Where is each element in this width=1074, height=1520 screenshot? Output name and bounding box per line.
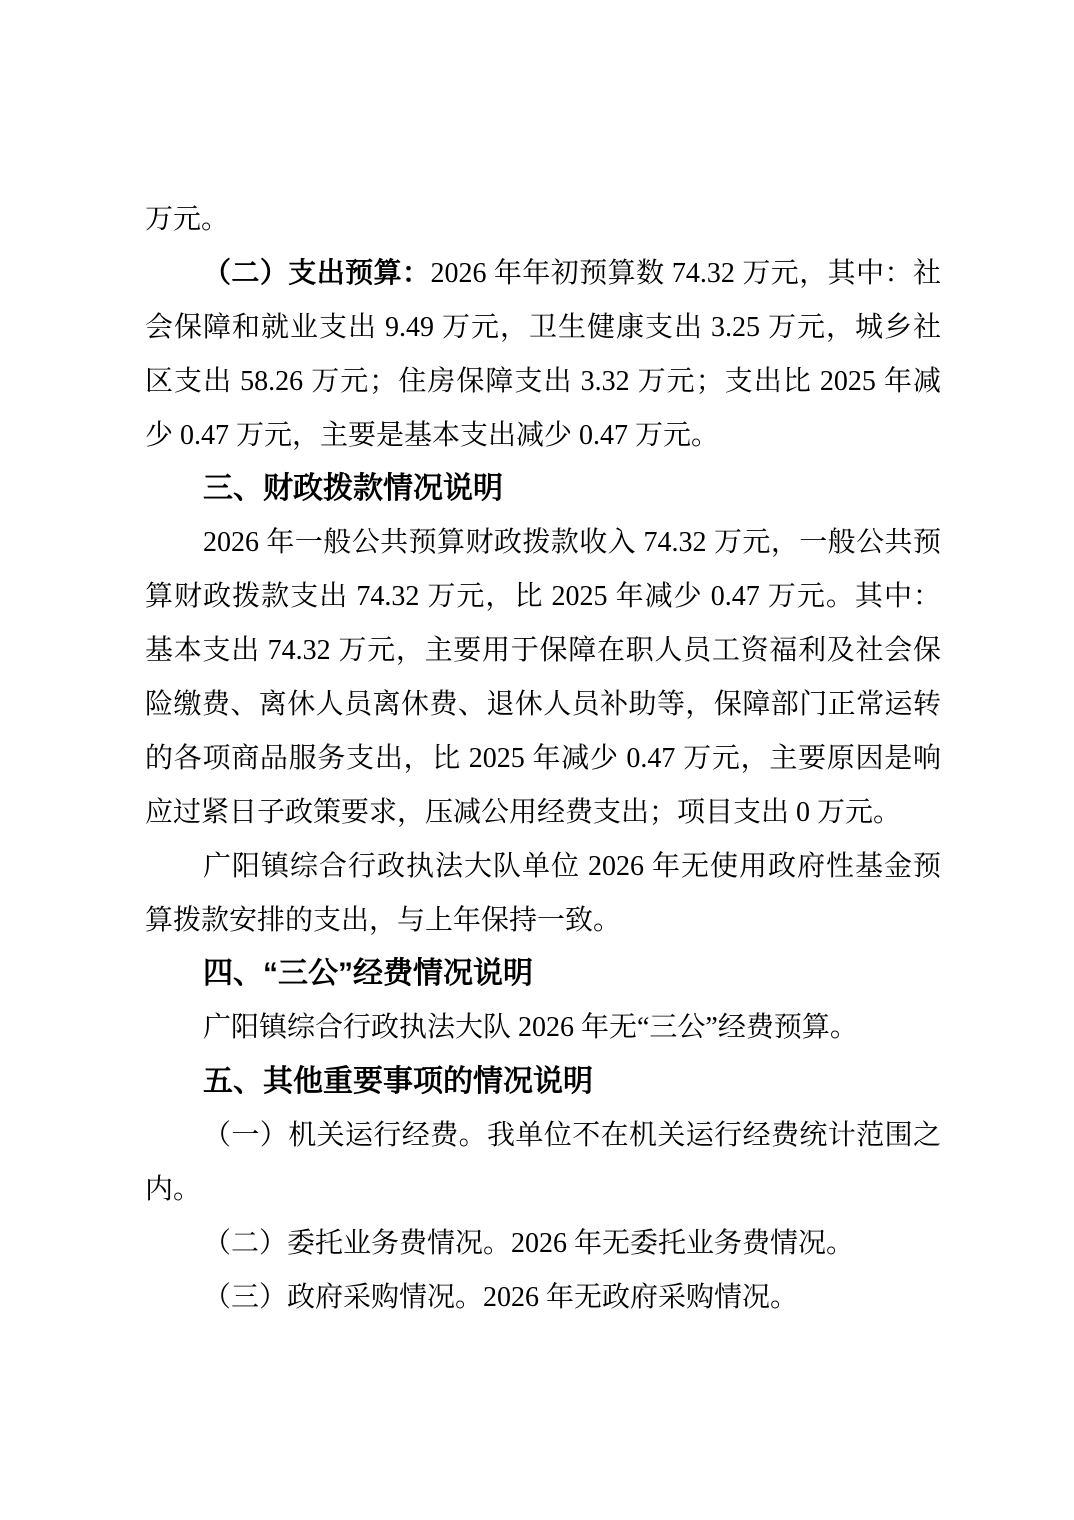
document-page: 万元。 （二）支出预算：2026 年年初预算数 74.32 万元，其中：社 会保… (0, 0, 1074, 1520)
heading-section-3-fiscal-appropriation: 三、财政拨款情况说明 (145, 462, 941, 516)
body-line: 算拨款安排的支出，与上年保持一致。 (145, 894, 941, 948)
body-line: 险缴费、离休人员离休费、退休人员补助等，保障部门正常运转 (145, 678, 941, 732)
body-line: 少 0.47 万元，主要是基本支出减少 0.47 万元。 (145, 409, 941, 463)
body-line: 应过紧日子政策要求，压减公用经费支出；项目支出 0 万元。 (145, 786, 941, 840)
body-line: 区支出 58.26 万元；住房保障支出 3.32 万元；支出比 2025 年减 (145, 355, 941, 409)
body-line: （二）委托业务费情况。2026 年无委托业务费情况。 (145, 1217, 941, 1271)
body-line: 内。 (145, 1163, 941, 1217)
body-line: 的各项商品服务支出，比 2025 年减少 0.47 万元，主要原因是响 (145, 732, 941, 786)
body-line-text: 2026 年年初预算数 74.32 万元，其中：社 (430, 258, 941, 289)
body-line: （三）政府采购情况。2026 年无政府采购情况。 (145, 1271, 941, 1325)
body-line: 广阳镇综合行政执法大队 2026 年无“三公”经费预算。 (145, 1001, 941, 1055)
body-line: 基本支出 74.32 万元，主要用于保障在职人员工资福利及社会保 (145, 624, 941, 678)
body-line: （一）机关运行经费。我单位不在机关运行经费统计范围之 (145, 1109, 941, 1163)
document-body: 万元。 （二）支出预算：2026 年年初预算数 74.32 万元，其中：社 会保… (145, 193, 941, 1325)
heading-section-4-three-public-expenses: 四、“三公”经费情况说明 (145, 947, 941, 1001)
body-line: 广阳镇综合行政执法大队单位 2026 年无使用政府性基金预 (145, 840, 941, 894)
heading-section-5-other-important-matters: 五、其他重要事项的情况说明 (145, 1055, 941, 1109)
body-line: 算财政拨款支出 74.32 万元，比 2025 年减少 0.47 万元。其中： (145, 570, 941, 624)
body-line: （二）支出预算：2026 年年初预算数 74.32 万元，其中：社 (145, 247, 941, 301)
subheading-expenditure-budget: （二）支出预算： (203, 258, 430, 289)
body-line: 万元。 (145, 193, 941, 247)
body-line: 会保障和就业支出 9.49 万元，卫生健康支出 3.25 万元，城乡社 (145, 301, 941, 355)
body-line: 2026 年一般公共预算财政拨款收入 74.32 万元，一般公共预 (145, 516, 941, 570)
